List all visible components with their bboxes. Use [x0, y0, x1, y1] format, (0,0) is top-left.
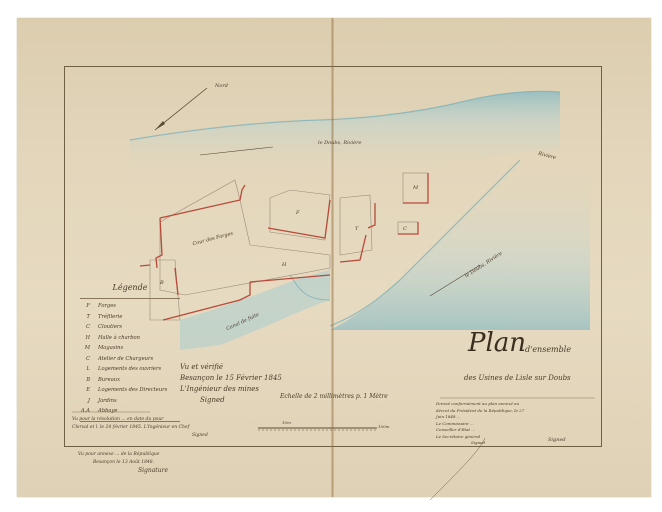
building-label-f: F: [296, 210, 299, 216]
scale-tick-100: 100m: [378, 424, 389, 429]
signature-bottom-right: Signed: [548, 437, 566, 443]
legend-item: CAtelier de Chargeurs: [80, 356, 180, 367]
title-line2: des Usines de Lisle sur Doubs: [464, 374, 571, 382]
resolution-note: Vu pour la résolution ... en date du pou…: [72, 416, 208, 440]
building-label-c: C: [403, 226, 407, 232]
verification-note: Vu et vérifié Besançon le 15 Février 184…: [180, 362, 282, 406]
legend-item: JJardins: [80, 398, 180, 409]
legend-item: BBureaux: [80, 377, 180, 388]
legend-title: Légende: [80, 283, 180, 292]
legend-item: ELogements des Directeurs: [80, 387, 180, 398]
legend-item: HHalle à charbon: [80, 335, 180, 346]
fold-crease: [331, 18, 334, 497]
legend-item: LLogements des ouvriers: [80, 366, 180, 377]
title-plan: Plan: [468, 328, 526, 358]
river-label-upper: le Doubs, Rivière: [318, 140, 361, 146]
scale-label: Echelle de 2 millimètres p. 1 Mètre: [280, 393, 388, 400]
annex-note: Vu pour annexe ... de la République Besa…: [78, 451, 168, 475]
decree-note: Dressé conformément au plan annexé au dé…: [436, 401, 524, 447]
building-label-t: T: [355, 226, 358, 232]
scale-tick-10: 10m: [282, 420, 291, 425]
title-subtitle: d'ensemble: [525, 345, 571, 354]
legend-item: CCloutiers: [80, 324, 180, 335]
north-label: Nord: [215, 83, 228, 89]
legend-item: MMagasins: [80, 345, 180, 356]
building-label-h: H: [282, 262, 286, 268]
river-doubs-right: [330, 154, 590, 330]
building-label-m: M: [413, 185, 418, 191]
legend-item: FForges: [80, 303, 180, 314]
legend-item: TTréfilerie: [80, 314, 180, 325]
legend: Légende FForges TTréfilerie CCloutiers H…: [80, 283, 180, 426]
river-doubs-upper: [130, 91, 560, 178]
